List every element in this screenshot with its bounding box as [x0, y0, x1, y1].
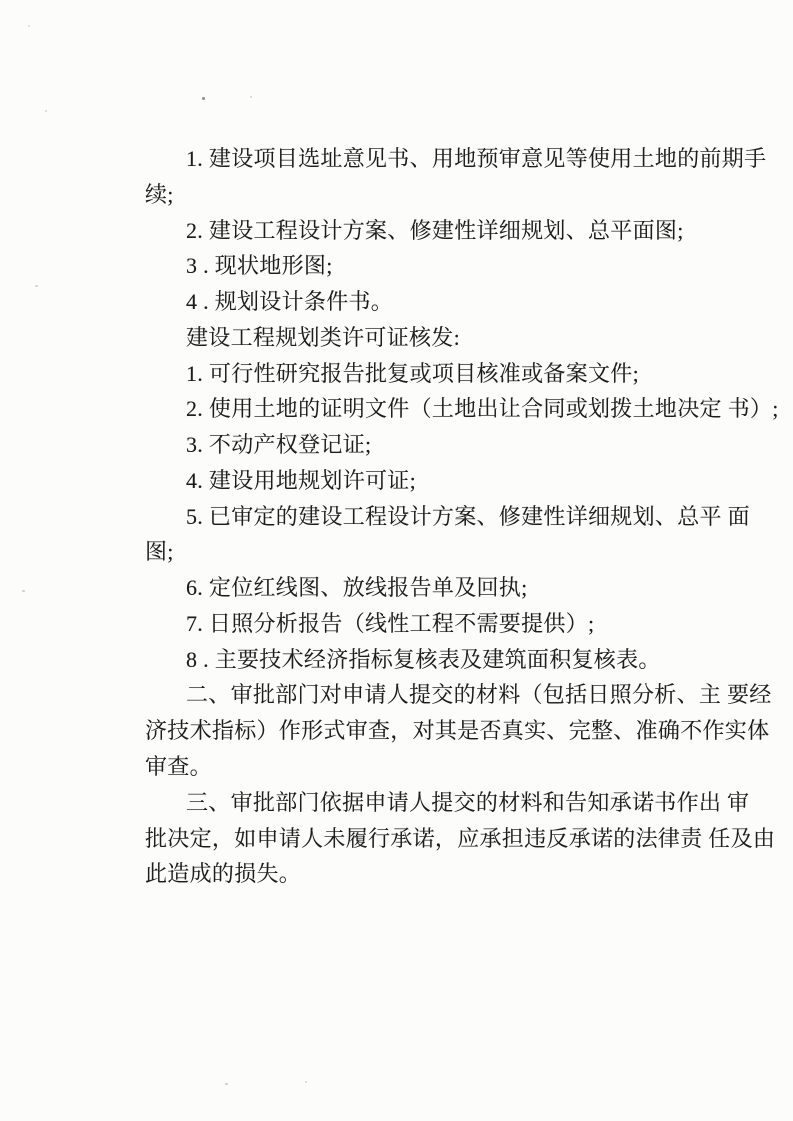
scanned-document-page: 1. 建设项目选址意见书、用地预审意见等使用土地的前期手续;2. 建设工程设计方…	[0, 0, 793, 1121]
text-line: 三、审批部门依据申请人提交的材料和告知承诺书作出 审	[145, 785, 767, 821]
text-line: 批决定，如申请人未履行承诺，应承担违反承诺的法律责 任及由	[145, 821, 767, 857]
text-line: 4. 建设用地规划许可证;	[145, 463, 767, 499]
text-line: 2. 使用土地的证明文件（土地出让合同或划拨土地决定 书）;	[145, 391, 767, 427]
text-line: 审查。	[145, 749, 767, 785]
scan-speck	[45, 110, 47, 112]
document-body: 1. 建设项目选址意见书、用地预审意见等使用土地的前期手续;2. 建设工程设计方…	[145, 141, 767, 892]
text-line: 二、审批部门对申请人提交的材料（包括日照分析、主 要经	[145, 677, 767, 713]
text-line: 1. 可行性研究报告批复或项目核准或备案文件;	[145, 356, 767, 392]
text-line: 1. 建设项目选址意见书、用地预审意见等使用土地的前期手	[145, 141, 767, 177]
text-line: 7. 日照分析报告（线性工程不需要提供）;	[145, 606, 767, 642]
scan-speck	[305, 1081, 307, 1083]
text-line: 建设工程规划类许可证核发:	[145, 320, 767, 356]
text-line: 8 . 主要技术经济指标复核表及建筑面积复核表。	[145, 642, 767, 678]
scan-speck	[22, 590, 25, 592]
scan-speck	[35, 285, 38, 287]
text-line: 此造成的损失。	[145, 856, 767, 892]
text-line: 济技术指标）作形式审查，对其是否真实、完整、准确不作实体	[145, 713, 767, 749]
text-line: 2. 建设工程设计方案、修建性详细规划、总平面图;	[145, 213, 767, 249]
text-line: 3. 不动产权登记证;	[145, 427, 767, 463]
text-line: 6. 定位红线图、放线报告单及回执;	[145, 570, 767, 606]
text-line: 4 . 规划设计条件书。	[145, 284, 767, 320]
text-line: 图;	[145, 534, 767, 570]
text-line: 续;	[145, 177, 767, 213]
scan-speck	[225, 1083, 228, 1085]
scan-speck	[28, 25, 30, 27]
text-line: 3 . 现状地形图;	[145, 248, 767, 284]
scan-speck	[202, 97, 205, 100]
text-line: 5. 已审定的建设工程设计方案、修建性详细规划、总平 面	[145, 499, 767, 535]
scan-speck	[250, 96, 252, 98]
